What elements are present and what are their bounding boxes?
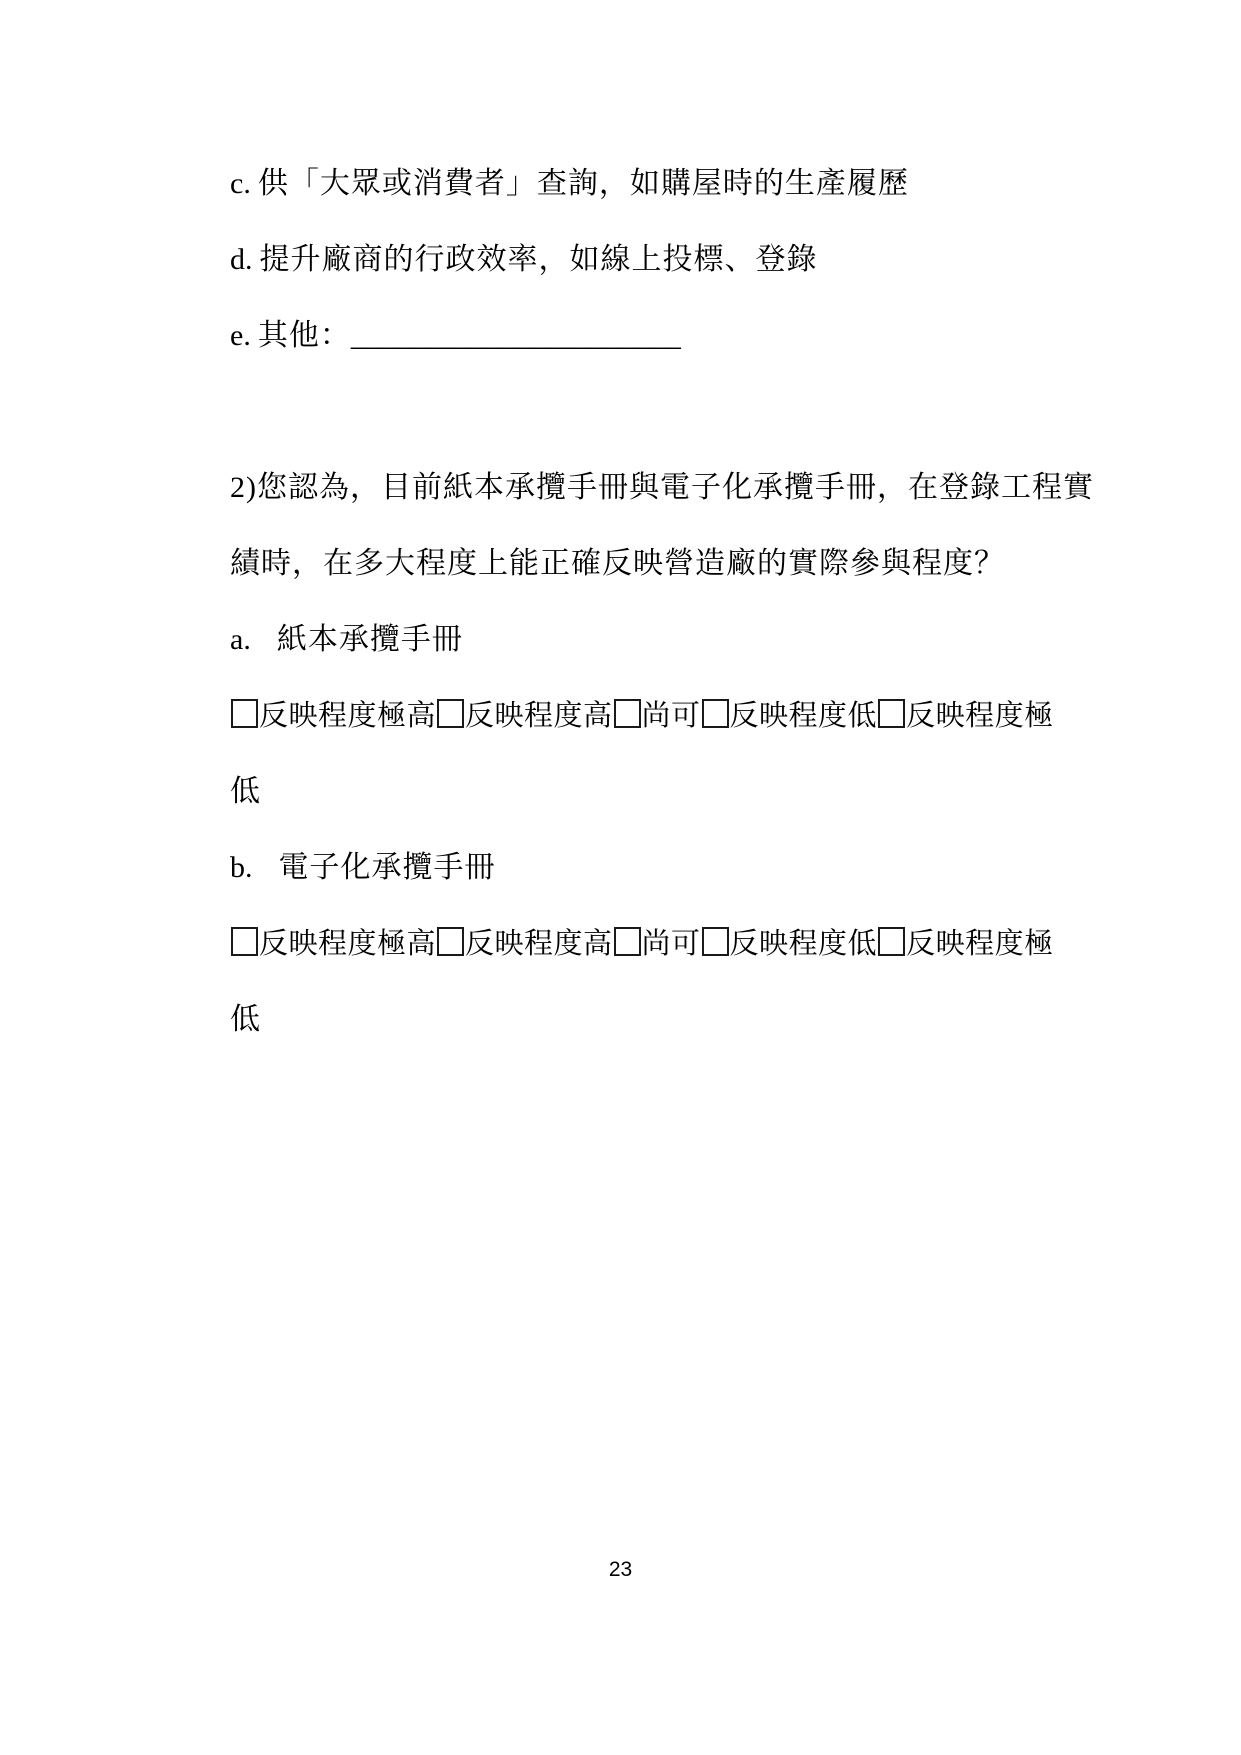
paper-manual-rating-row: 反映程度極高反映程度高尚可反映程度低反映程度極 xyxy=(230,694,1054,738)
paper-rating-checkbox-extremely-low[interactable] xyxy=(878,699,905,728)
paper-rating-label-extremely-low-part1: 反映程度極 xyxy=(906,700,1054,732)
paper-rating-label-low: 反映程度低 xyxy=(730,700,878,732)
sub-b-text: 電子化承攬手冊 xyxy=(279,851,496,884)
item-c-label: c. xyxy=(230,162,251,206)
page-number: 23 xyxy=(0,1556,1241,1584)
paper-rating-checkbox-high[interactable] xyxy=(437,699,464,728)
sub-b-label: b. xyxy=(230,846,253,890)
question2-sub-a: a.紙本承攬手冊 xyxy=(230,618,463,662)
paper-rating-label-high: 反映程度高 xyxy=(465,700,613,732)
electronic-rating-label-extremely-high: 反映程度極高 xyxy=(259,928,436,960)
question2-line2: 績時，在多大程度上能正確反映營造廠的實際參與程度？ xyxy=(230,542,1005,586)
question2-line1: 2)您認為，目前紙本承攬手冊與電子化承攬手冊，在登錄工程實 xyxy=(230,466,1094,510)
electronic-rating-label-extremely-low-part1: 反映程度極 xyxy=(906,928,1054,960)
electronic-rating-checkbox-low[interactable] xyxy=(702,927,729,956)
item-e-label: e. xyxy=(230,314,251,358)
paper-rating-label-extremely-low-part2: 低 xyxy=(230,770,261,814)
questionnaire-page: c.供「大眾或消費者」查詢，如購屋時的生產履歷 d.提升廠商的行政效率，如線上投… xyxy=(0,0,1241,1755)
item-d-text: 提升廠商的行政效率，如線上投標、登錄 xyxy=(260,243,818,276)
other-fill-in-blank[interactable]: ______________________ xyxy=(351,319,681,352)
electronic-rating-label-low: 反映程度低 xyxy=(730,928,878,960)
item-c-text: 供「大眾或消費者」查詢，如購屋時的生產履歷 xyxy=(258,167,909,200)
item-d-label: d. xyxy=(230,238,253,282)
electronic-rating-checkbox-fair[interactable] xyxy=(614,927,641,956)
electronic-rating-label-fair: 尚可 xyxy=(642,928,701,960)
electronic-manual-rating-row: 反映程度極高反映程度高尚可反映程度低反映程度極 xyxy=(230,922,1054,966)
paper-rating-checkbox-fair[interactable] xyxy=(614,699,641,728)
sub-a-text: 紙本承攬手冊 xyxy=(277,623,463,656)
list-item-d: d.提升廠商的行政效率，如線上投標、登錄 xyxy=(230,238,818,282)
list-item-c: c.供「大眾或消費者」查詢，如購屋時的生產履歷 xyxy=(230,162,909,206)
electronic-rating-label-extremely-low-part2: 低 xyxy=(230,998,261,1042)
electronic-rating-checkbox-extremely-high[interactable] xyxy=(231,927,258,956)
item-e-text: 其他： xyxy=(258,319,351,352)
paper-rating-checkbox-extremely-high[interactable] xyxy=(231,699,258,728)
paper-rating-label-extremely-high: 反映程度極高 xyxy=(259,700,436,732)
paper-rating-label-fair: 尚可 xyxy=(642,700,701,732)
sub-a-label: a. xyxy=(230,618,251,662)
question2-sub-b: b.電子化承攬手冊 xyxy=(230,846,496,890)
electronic-rating-label-high: 反映程度高 xyxy=(465,928,613,960)
list-item-e: e.其他：______________________ xyxy=(230,314,681,358)
electronic-rating-checkbox-extremely-low[interactable] xyxy=(878,927,905,956)
electronic-rating-checkbox-high[interactable] xyxy=(437,927,464,956)
paper-rating-checkbox-low[interactable] xyxy=(702,699,729,728)
